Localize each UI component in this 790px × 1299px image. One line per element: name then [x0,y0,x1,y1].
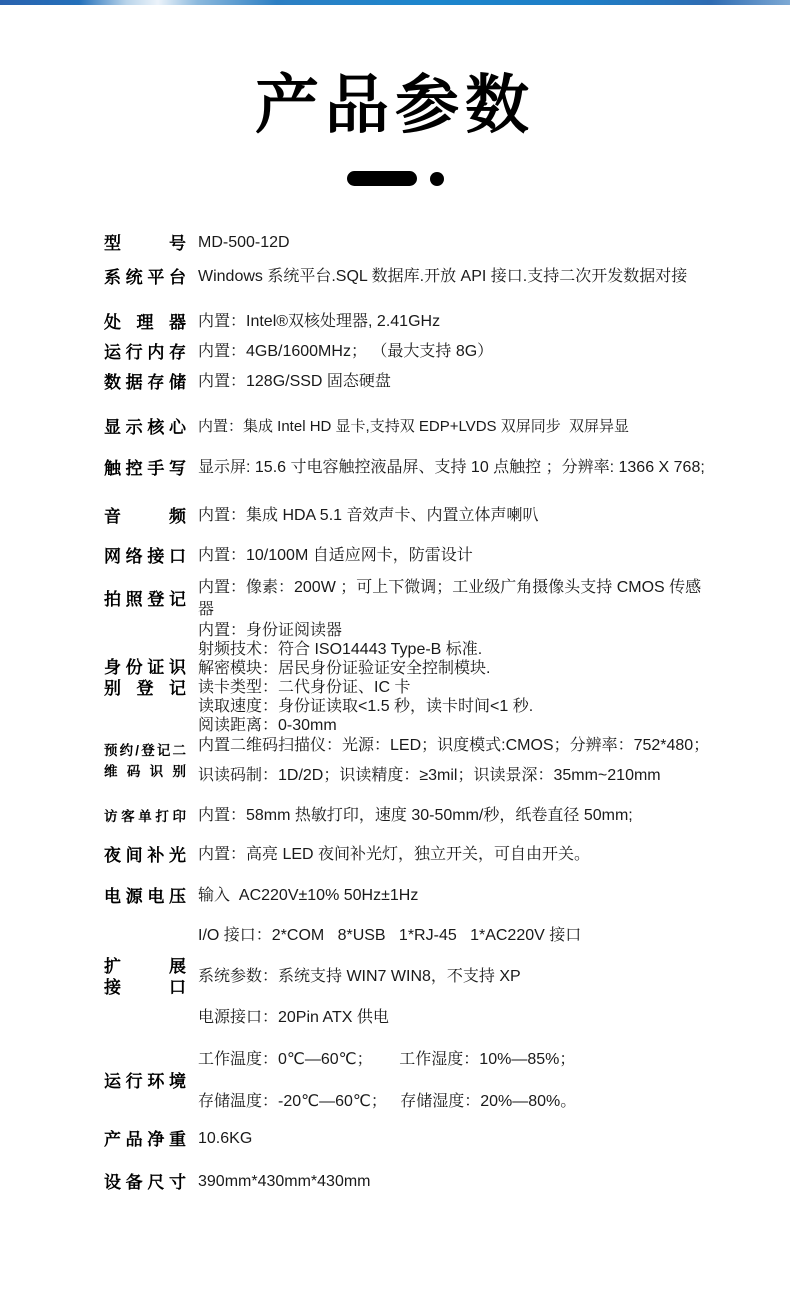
spec-label-line: 维码识别 [104,761,186,782]
spec-label: 处理器 [104,312,186,333]
spec-label-line: 电源电压 [104,886,186,907]
spec-value-line: 390mm*430mm*430mm [198,1171,740,1193]
spec-value-line: 内置：Intel®双核处理器, 2.41GHz [198,311,740,333]
spec-label-line: 身份证识 [104,657,186,678]
spec-value: I/O 接口：2*COM 8*USB 1*RJ-45 1*AC220V 接口系统… [198,925,740,1029]
spec-label-line: 产品净重 [104,1129,186,1150]
spec-value: 内置：4GB/1600MHz； （最大支持 8G） [198,341,740,363]
spec-value-line: 射频技术：符合 ISO14443 Type-B 标准. [198,640,740,659]
spec-label: 网络接口 [104,546,186,567]
spec-row: 身份证识别登记内置：身份证阅读器射频技术：符合 ISO14443 Type-B … [104,621,740,735]
spec-label: 访客单打印 [104,806,186,827]
spec-value-line: 内置：10/100M 自适应网卡，防雷设计 [198,545,740,567]
spec-row: 设备尺寸390mm*430mm*430mm [104,1171,740,1193]
spec-value-line: 内置：58mm 热敏打印，速度 30-50mm/秒，纸卷直径 50mm; [198,805,740,827]
spec-row: 触控手写显示屏: 15.6 寸电容触控液晶屏、支持 10 点触控 ；分辨率: 1… [104,457,740,479]
spec-value-line: 内置：集成 Intel HD 显卡,支持双 EDP+LVDS 双屏同步 双屏异显 [198,416,740,438]
spec-label: 扩展接口 [104,956,186,998]
spec-value-line: 输入 AC220V±10% 50Hz±1Hz [198,885,740,907]
spec-value: 内置：身份证阅读器射频技术：符合 ISO14443 Type-B 标准.解密模块… [198,621,740,735]
page-title: 产品参数 [0,69,790,141]
spec-label: 产品净重 [104,1129,186,1150]
spec-label: 运行内存 [104,342,186,363]
spec-row: 显示核心内置：集成 Intel HD 显卡,支持双 EDP+LVDS 双屏同步 … [104,416,740,438]
title-divider [0,171,790,186]
spec-row: 运行环境工作温度：0℃—60℃； 工作湿度：10%—85%；存储温度：-20℃—… [104,1049,740,1113]
spec-label-line: 系统平台 [104,267,186,288]
spec-value-line: 识读码制：1D/2D；识读精度：≥3mil；识读景深：35mm~210mm [198,765,740,787]
spec-value-line: 工作温度：0℃—60℃； 工作湿度：10%—85%； [198,1049,740,1071]
spec-label-line: 运行环境 [104,1071,186,1092]
spec-label-line: 设备尺寸 [104,1172,186,1193]
spec-value-line: 读取速度：身份证读取<1.5 秒，读卡时间<1 秒. [198,697,740,716]
spec-value-line: 内置：4GB/1600MHz； （最大支持 8G） [198,341,740,363]
spec-label-line: 接口 [104,977,186,998]
spec-row: 网络接口内置：10/100M 自适应网卡，防雷设计 [104,545,740,567]
spec-row: 预约/登记二维码识别内置二维码扫描仪：光源：LED；识度模式:CMOS；分辨率：… [104,735,740,787]
spec-value-line: 内置：128G/SSD 固态硬盘 [198,371,740,393]
spec-row: 访客单打印内置：58mm 热敏打印，速度 30-50mm/秒，纸卷直径 50mm… [104,805,740,827]
spec-value: 内置：高亮 LED 夜间补光灯，独立开关，可自由开关。 [198,844,740,866]
spec-value-line: 解密模块：居民身份证验证安全控制模块. [198,659,740,678]
spec-row: 夜间补光内置：高亮 LED 夜间补光灯，独立开关，可自由开关。 [104,844,740,866]
spec-value: MD-500-12D [198,232,740,254]
spec-label-line: 扩展 [104,956,186,977]
spec-label: 预约/登记二维码识别 [104,740,186,782]
spec-value: 工作温度：0℃—60℃； 工作湿度：10%—85%；存储温度：-20℃—60℃；… [198,1049,740,1113]
spec-value: 内置：10/100M 自适应网卡，防雷设计 [198,545,740,567]
spec-value: 输入 AC220V±10% 50Hz±1Hz [198,885,740,907]
spec-value-line: 阅读距离：0-30mm [198,716,740,735]
spec-value-line: 器 [198,599,740,621]
spec-row: 运行内存内置：4GB/1600MHz； （最大支持 8G） [104,341,740,363]
spec-label-line: 夜间补光 [104,845,186,866]
spec-label: 音频 [104,506,186,527]
top-accent-bar [0,0,790,5]
spec-label: 拍照登记 [104,589,186,610]
spec-row: 数据存储内置：128G/SSD 固态硬盘 [104,371,740,393]
spec-table: 型号MD-500-12D系统平台Windows 系统平台.SQL 数据库.开放 … [0,232,790,1193]
spec-label: 电源电压 [104,886,186,907]
spec-value: 内置：像素：200W ；可上下微调；工业级广角摄像头支持 CMOS 传感器 [198,577,740,621]
spec-value: 内置：128G/SSD 固态硬盘 [198,371,740,393]
spec-label-line: 访客单打印 [104,806,186,827]
spec-value: 10.6KG [198,1128,740,1150]
spec-label: 夜间补光 [104,845,186,866]
spec-row: 音频内置：集成 HDA 5.1 音效声卡、内置立体声喇叭 [104,505,740,527]
spec-row: 扩展接口I/O 接口：2*COM 8*USB 1*RJ-45 1*AC220V … [104,925,740,1029]
spec-value-line: 内置：集成 HDA 5.1 音效声卡、内置立体声喇叭 [198,505,740,527]
spec-row: 系统平台Windows 系统平台.SQL 数据库.开放 API 接口.支持二次开… [104,266,740,288]
spec-label: 设备尺寸 [104,1172,186,1193]
spec-value-line: MD-500-12D [198,232,740,254]
spec-row: 型号MD-500-12D [104,232,740,254]
spec-value-line: 显示屏: 15.6 寸电容触控液晶屏、支持 10 点触控 ；分辨率: 1366 … [198,457,740,479]
spec-value-line: 内置二维码扫描仪：光源：LED；识度模式:CMOS；分辨率：752*480； [198,735,740,757]
spec-value-line: 内置：高亮 LED 夜间补光灯，独立开关，可自由开关。 [198,844,740,866]
spec-label-line: 拍照登记 [104,589,186,610]
spec-label: 运行环境 [104,1071,186,1092]
spec-label: 显示核心 [104,417,186,438]
spec-row: 电源电压输入 AC220V±10% 50Hz±1Hz [104,885,740,907]
spec-label: 数据存储 [104,372,186,393]
spec-label-line: 音频 [104,506,186,527]
spec-value: 390mm*430mm*430mm [198,1171,740,1193]
spec-label-line: 型号 [104,233,186,254]
spec-value-line: 10.6KG [198,1128,740,1150]
spec-label: 触控手写 [104,458,186,479]
spec-label: 身份证识别登记 [104,657,186,699]
spec-label-line: 数据存储 [104,372,186,393]
spec-value: Windows 系统平台.SQL 数据库.开放 API 接口.支持二次开发数据对… [198,266,740,288]
spec-value: 显示屏: 15.6 寸电容触控液晶屏、支持 10 点触控 ；分辨率: 1366 … [198,457,740,479]
spec-value: 内置：58mm 热敏打印，速度 30-50mm/秒，纸卷直径 50mm; [198,805,740,827]
spec-label-line: 运行内存 [104,342,186,363]
spec-label-line: 触控手写 [104,458,186,479]
spec-value: 内置二维码扫描仪：光源：LED；识度模式:CMOS；分辨率：752*480；识读… [198,735,740,787]
spec-value-line: 内置：像素：200W ；可上下微调；工业级广角摄像头支持 CMOS 传感 [198,577,740,599]
spec-label: 系统平台 [104,267,186,288]
spec-value-line: 读卡类型：二代身份证、IC 卡 [198,678,740,697]
spec-label-line: 处理器 [104,312,186,333]
spec-value-line: I/O 接口：2*COM 8*USB 1*RJ-45 1*AC220V 接口 [198,925,740,947]
spec-label-line: 显示核心 [104,417,186,438]
spec-value-line: 电源接口：20Pin ATX 供电 [198,1007,740,1029]
spec-row: 处理器内置：Intel®双核处理器, 2.41GHz [104,311,740,333]
spec-value-line: Windows 系统平台.SQL 数据库.开放 API 接口.支持二次开发数据对… [198,266,740,288]
spec-row: 拍照登记内置：像素：200W ；可上下微调；工业级广角摄像头支持 CMOS 传感… [104,577,740,621]
spec-label: 型号 [104,233,186,254]
divider-bar [347,171,417,186]
spec-value: 内置：集成 Intel HD 显卡,支持双 EDP+LVDS 双屏同步 双屏异显 [198,416,740,438]
spec-label-line: 预约/登记二 [104,740,186,761]
spec-label-line: 网络接口 [104,546,186,567]
spec-row: 产品净重10.6KG [104,1128,740,1150]
spec-value-line: 系统参数：系统支持 WIN7 WIN8，不支持 XP [198,966,740,988]
spec-value: 内置：集成 HDA 5.1 音效声卡、内置立体声喇叭 [198,505,740,527]
spec-value-line: 内置：身份证阅读器 [198,621,740,640]
divider-dot [430,172,444,186]
spec-label-line: 别登记 [104,678,186,699]
spec-value: 内置：Intel®双核处理器, 2.41GHz [198,311,740,333]
spec-value-line: 存储温度：-20℃—60℃； 存储湿度：20%—80%。 [198,1091,740,1113]
